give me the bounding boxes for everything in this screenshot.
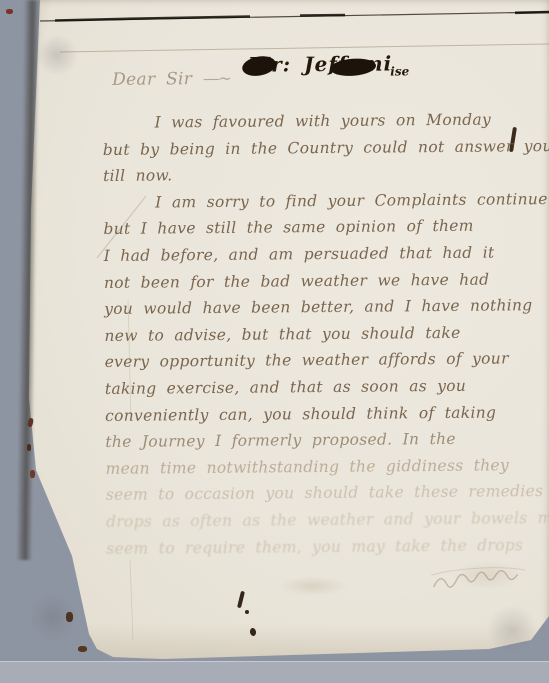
ink-blot bbox=[245, 610, 249, 614]
manuscript-photo: Dear Sir —~ Mr: Jeffamiise I was favoure… bbox=[0, 0, 549, 683]
salutation-text: Dear Sir bbox=[112, 69, 192, 90]
paper-stain bbox=[486, 606, 538, 654]
ink-smear bbox=[278, 576, 348, 596]
letter-line-16: drops as often as the weather and your b… bbox=[106, 505, 549, 536]
salutation-flourish: —~ bbox=[203, 69, 230, 89]
letter-line-4: I am sorry to find your Complaints conti… bbox=[155, 186, 549, 216]
fold-line bbox=[60, 44, 549, 52]
letter-line-17: seem to require them, you may take the d… bbox=[106, 532, 549, 563]
letter-line-5: but I have still the same opinion of the… bbox=[103, 212, 549, 243]
letter-body: I was favoured with yours on Mondaybut b… bbox=[102, 106, 549, 562]
letter-line-3: till now. bbox=[103, 159, 549, 190]
paper-stain bbox=[36, 34, 78, 76]
letter-line-8: you would have been better, and I have n… bbox=[104, 292, 549, 323]
signature-scrawl-icon bbox=[429, 564, 529, 595]
letter-line-12: conveniently can, you should think of ta… bbox=[105, 399, 549, 430]
binding-red-speck bbox=[27, 444, 31, 451]
letter-line-14: mean time notwithstanding the giddiness … bbox=[105, 452, 549, 483]
binding-red-speck bbox=[30, 470, 35, 478]
letter-line-15: seem to occasion you should take these r… bbox=[106, 478, 549, 509]
letter-line-9: new to advise, but that you should take bbox=[104, 319, 549, 350]
binding-red-speck bbox=[6, 9, 13, 14]
binding-red-speck bbox=[66, 612, 73, 622]
letter-line-13: the Journey I formerly proposed. In the bbox=[105, 425, 549, 456]
recipient-annotation: Mr: Jeffamiise bbox=[248, 51, 411, 76]
letter-line-11: taking exercise, and that as soon as you bbox=[105, 372, 549, 403]
letter-line-2: but by being in the Country could not an… bbox=[103, 133, 549, 164]
letter-line-6: I had before, and am persuaded that had … bbox=[104, 239, 549, 270]
letter-line-10: every opportunity the weather affords of… bbox=[105, 345, 549, 376]
binding-red-speck bbox=[78, 646, 87, 652]
salutation: Dear Sir —~ bbox=[112, 69, 230, 90]
letter-line-7: not been for the bad weather we have had bbox=[104, 266, 549, 297]
recipient-name-suffix: ise bbox=[390, 64, 409, 78]
letter-line-1: I was favoured with yours on Monday bbox=[154, 106, 549, 136]
